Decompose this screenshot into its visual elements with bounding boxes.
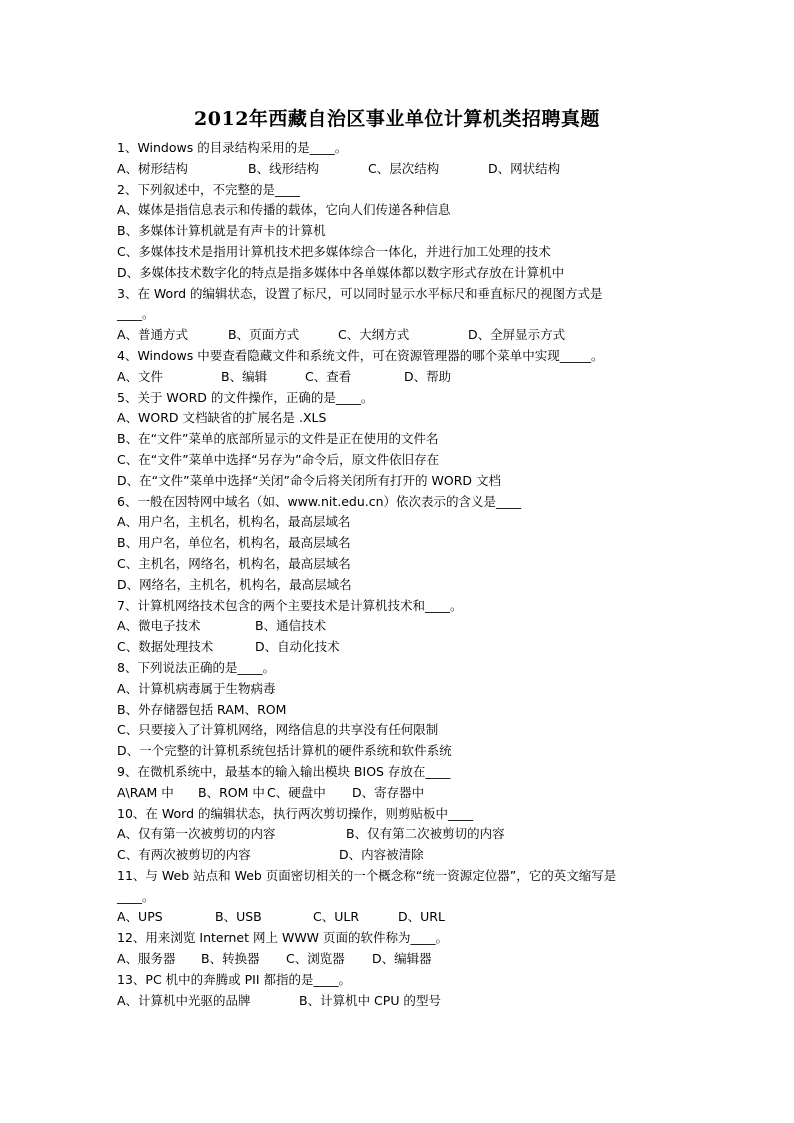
text-line: B、在“文件”菜单的底部所显示的文件是正在使用的文件名 (117, 429, 687, 450)
text-line: A、WORD 文档缺省的扩展名是 .XLS (117, 408, 687, 429)
text-line: 1、Windows 的目录结构采用的是____。 (117, 138, 687, 159)
text-line: 7、计算机网络技术包含的两个主要技术是计算机技术和____。 (117, 596, 687, 617)
options-row: C、有两次被剪切的内容D、内容被清除 (117, 845, 687, 866)
option: A、服务器 (117, 949, 176, 970)
text-line: 11、与 Web 站点和 Web 页面密切相关的一个概念称“统一资源定位器”，它… (117, 866, 687, 887)
text-line: D、多媒体技术数字化的特点是指多媒体中各单媒体都以数字形式存放在计算机中 (117, 263, 687, 284)
text-line: C、主机名，网络名，机构名，最高层域名 (117, 554, 687, 575)
text-line: 12、用来浏览 Internet 网上 WWW 页面的软件称为____。 (117, 928, 687, 949)
text-line: C、在“文件”菜单中选择“另存为”命令后，原文件依旧存在 (117, 450, 687, 471)
option: B、通信技术 (255, 616, 326, 637)
text-line: 4、Windows 中要查看隐藏文件和系统文件，可在资源管理器的哪个菜单中实现_… (117, 346, 687, 367)
options-row: A、普通方式B、页面方式C、大纲方式D、全屏显示方式 (117, 325, 687, 346)
text-line: 2、下列叙述中，不完整的是____ (117, 180, 687, 201)
text-line: B、多媒体计算机就是有声卡的计算机 (117, 221, 687, 242)
text-line: 10、在 Word 的编辑状态，执行两次剪切操作，则剪贴板中____ (117, 804, 687, 825)
options-row: A、树形结构B、线形结构C、层次结构D、网状结构 (117, 159, 687, 180)
option: B、线形结构 (248, 159, 319, 180)
option: C、查看 (305, 367, 351, 388)
options-row: A、计算机中光驱的品牌B、计算机中 CPU 的型号 (117, 991, 687, 1012)
options-row: A、文件B、编辑C、查看D、帮助 (117, 367, 687, 388)
option: B、计算机中 CPU 的型号 (299, 991, 441, 1012)
option: C、浏览器 (286, 949, 345, 970)
option: D、网状结构 (488, 159, 560, 180)
text-line: 3、在 Word 的编辑状态，设置了标尺，可以同时显示水平标尺和垂直标尺的视图方… (117, 284, 687, 305)
option: A、树形结构 (117, 159, 188, 180)
text-line: ____。 (117, 887, 687, 908)
option: C、数据处理技术 (117, 637, 213, 658)
option: D、帮助 (404, 367, 451, 388)
option: D、编辑器 (372, 949, 432, 970)
text-line: A、计算机病毒属于生物病毒 (117, 679, 687, 700)
options-row: A\RAM 中B、ROM 中C、硬盘中D、寄存器中 (117, 783, 687, 804)
options-row: A、UPSB、USBC、ULRD、URL (117, 907, 687, 928)
option: C、有两次被剪切的内容 (117, 845, 251, 866)
text-line: A、用户名，主机名，机构名，最高层域名 (117, 512, 687, 533)
options-row: A、仅有第一次被剪切的内容B、仅有第二次被剪切的内容 (117, 824, 687, 845)
text-line: B、外存储器包括 RAM、ROM (117, 700, 687, 721)
text-line: 13、PC 机中的奔腾或 PII 都指的是____。 (117, 970, 687, 991)
text-line: B、用户名，单位名，机构名，最高层域名 (117, 533, 687, 554)
text-line: 8、下列说法正确的是____。 (117, 658, 687, 679)
option: B、ROM 中 (198, 783, 265, 804)
option: B、仅有第二次被剪切的内容 (346, 824, 505, 845)
option: D、自动化技术 (255, 637, 340, 658)
option: B、页面方式 (228, 325, 299, 346)
text-line: 5、关于 WORD 的文件操作，正确的是____。 (117, 388, 687, 409)
option: A、仅有第一次被剪切的内容 (117, 824, 276, 845)
option: D、寄存器中 (352, 783, 424, 804)
option: B、USB (215, 907, 262, 928)
option: A、计算机中光驱的品牌 (117, 991, 251, 1012)
option: A、普通方式 (117, 325, 188, 346)
text-line: D、在“文件”菜单中选择“关闭”命令后将关闭所有打开的 WORD 文档 (117, 471, 687, 492)
option: A、UPS (117, 907, 163, 928)
options-row: A、微电子技术B、通信技术 (117, 616, 687, 637)
text-line: C、只要接入了计算机网络，网络信息的共享没有任何限制 (117, 720, 687, 741)
option: C、硬盘中 (267, 783, 326, 804)
option: C、ULR (313, 907, 359, 928)
document-title: 2012年西藏自治区事业单位计算机类招聘真题 (0, 104, 794, 131)
text-line: 9、在微机系统中，最基本的输入输出模块 BIOS 存放在____ (117, 762, 687, 783)
option: C、层次结构 (368, 159, 439, 180)
question-list: 1、Windows 的目录结构采用的是____。A、树形结构B、线形结构C、层次… (117, 138, 687, 1011)
text-line: 6、一般在因特网中域名（如、www.nit.edu.cn）依次表示的含义是___… (117, 492, 687, 513)
text-line: ____。 (117, 304, 687, 325)
text-line: D、一个完整的计算机系统包括计算机的硬件系统和软件系统 (117, 741, 687, 762)
option: A\RAM 中 (117, 783, 174, 804)
option: B、编辑 (221, 367, 267, 388)
option: D、内容被清除 (339, 845, 424, 866)
text-line: C、多媒体技术是指用计算机技术把多媒体综合一体化，并进行加工处理的技术 (117, 242, 687, 263)
option: B、转换器 (201, 949, 260, 970)
option: D、URL (398, 907, 445, 928)
options-row: C、数据处理技术D、自动化技术 (117, 637, 687, 658)
option: C、大纲方式 (338, 325, 409, 346)
option: A、微电子技术 (117, 616, 201, 637)
option: D、全屏显示方式 (468, 325, 565, 346)
options-row: A、服务器B、转换器C、浏览器D、编辑器 (117, 949, 687, 970)
option: A、文件 (117, 367, 163, 388)
text-line: D、网络名，主机名，机构名，最高层域名 (117, 575, 687, 596)
text-line: A、媒体是指信息表示和传播的载体，它向人们传递各种信息 (117, 200, 687, 221)
